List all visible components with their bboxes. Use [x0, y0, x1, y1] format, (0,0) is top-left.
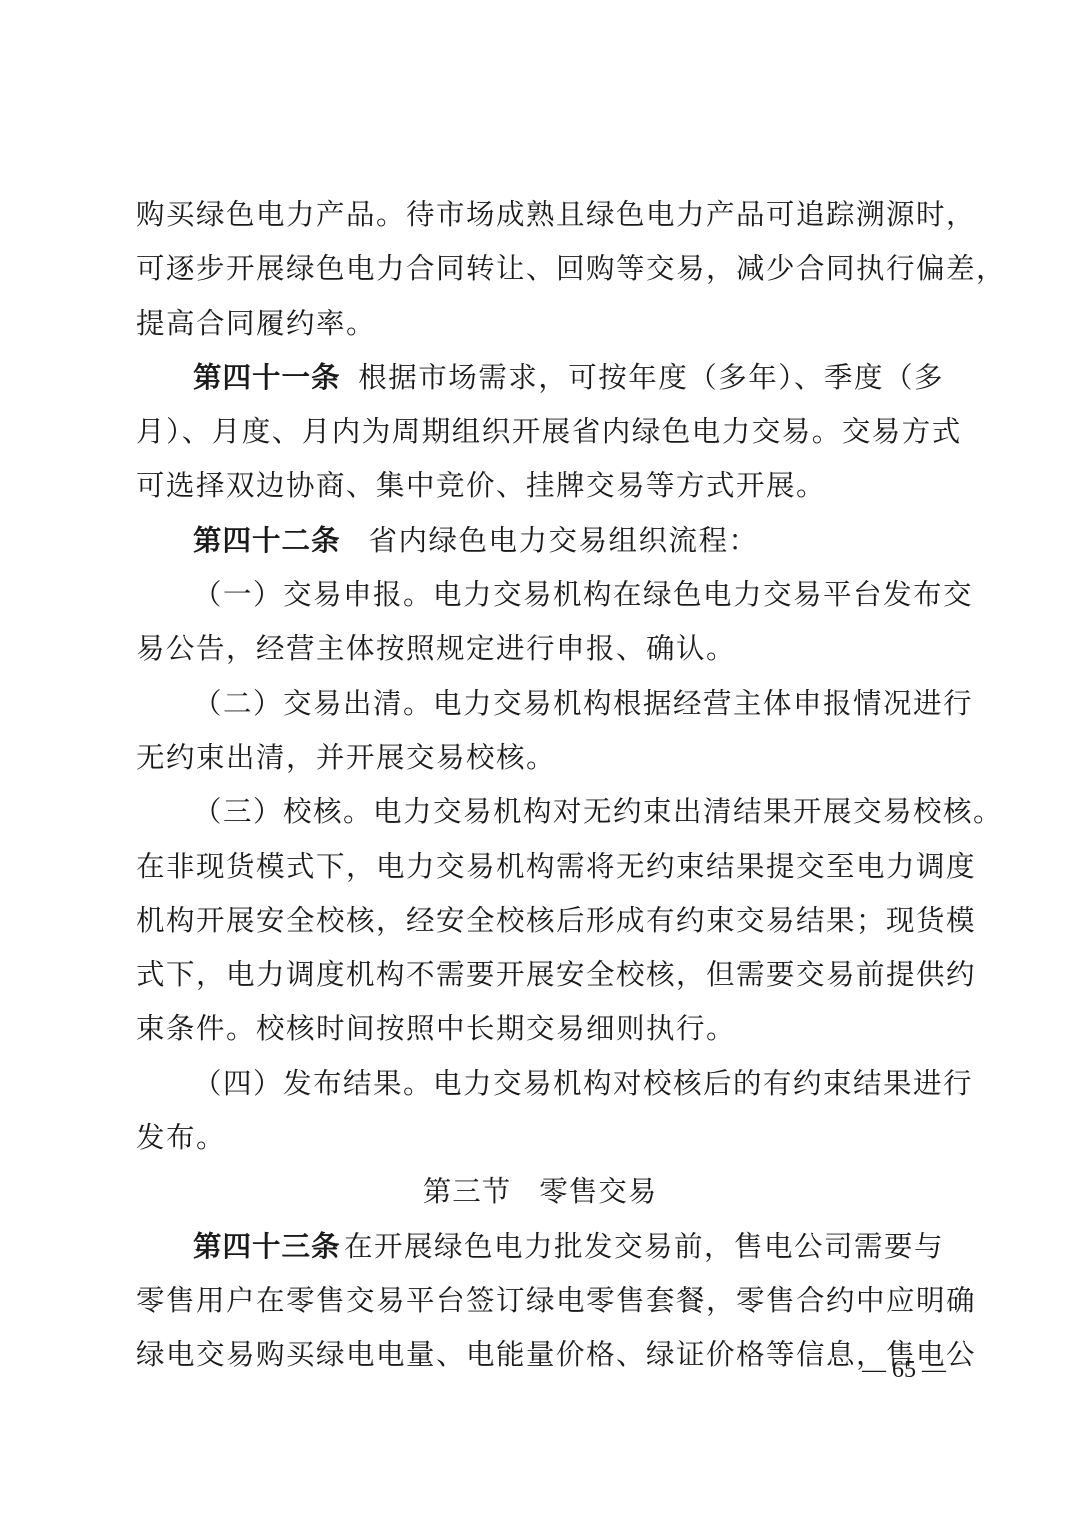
article-41-first-line: 第四十一条 根据市场需求，可按年度（多年）、季度（多 — [136, 351, 944, 405]
list-item-line: 机构开展安全校核，经安全校核后形成有约束交易结果；现货模 — [136, 894, 944, 948]
spacer — [341, 351, 359, 405]
list-item-line: 在非现货模式下，电力交易机构需将无约束结果提交至电力调度 — [136, 840, 944, 894]
paragraph-line: 零售用户在零售交易平台签订绿电零售套餐，零售合约中应明确 — [136, 1274, 944, 1328]
list-item-line: （一）交易申报。电力交易机构在绿色电力交易平台发布交 — [136, 568, 944, 622]
list-item-line: （四）发布结果。电力交易机构对校核后的有约束结果进行 — [136, 1057, 944, 1111]
section-title: 第三节零售交易 — [136, 1165, 944, 1219]
paragraph-text: 省内绿色电力交易组织流程： — [369, 514, 759, 568]
article-43-first-line: 第四十三条 在开展绿色电力批发交易前，售电公司需要与 — [136, 1220, 944, 1274]
list-item-line: （三）校核。电力交易机构对无约束出清结果开展交易校核。 — [136, 785, 944, 839]
article-41-heading: 第四十一条 — [193, 351, 341, 405]
paragraph-line: 可逐步开展绿色电力合同转让、回购等交易，减少合同执行偏差， — [136, 242, 944, 296]
page-number: — 65 — — [836, 1352, 946, 1388]
article-43-heading: 第四十三条 — [193, 1220, 341, 1274]
list-item-line: 易公告，经营主体按照规定进行申报、确认。 — [136, 622, 944, 676]
spacer — [341, 514, 369, 568]
paragraph-line: 月）、月度、月内为周期组织开展省内绿色电力交易。交易方式 — [136, 405, 944, 459]
document-page: 购买绿色电力产品。待市场成熟且绿色电力产品可追踪溯源时， 可逐步开展绿色电力合同… — [136, 188, 944, 1383]
article-42-first-line: 第四十二条 省内绿色电力交易组织流程： — [136, 514, 944, 568]
list-item-line: 式下，电力调度机构不需要开展安全校核，但需要交易前提供约 — [136, 948, 944, 1002]
paragraph-text: 根据市场需求，可按年度（多年）、季度（多 — [358, 351, 944, 405]
article-42-heading: 第四十二条 — [193, 514, 341, 568]
section-name: 零售交易 — [539, 1175, 657, 1208]
section-number: 第三节 — [423, 1175, 512, 1208]
list-item-line: （二）交易出清。电力交易机构根据经营主体申报情况进行 — [136, 677, 944, 731]
paragraph-line: 可选择双边协商、集中竞价、挂牌交易等方式开展。 — [136, 459, 944, 513]
paragraph-text: 在开展绿色电力批发交易前，售电公司需要与 — [344, 1220, 944, 1274]
list-item-line: 发布。 — [136, 1111, 944, 1165]
list-item-line: 无约束出清，并开展交易校核。 — [136, 731, 944, 785]
paragraph-line: 绿电交易购买绿电电量、电能量价格、绿证价格等信息，售电公 — [136, 1328, 944, 1382]
paragraph-line: 提高合同履约率。 — [136, 297, 944, 351]
list-item-line: 束条件。校核时间按照中长期交易细则执行。 — [136, 1002, 944, 1056]
paragraph-line: 购买绿色电力产品。待市场成熟且绿色电力产品可追踪溯源时， — [136, 188, 944, 242]
